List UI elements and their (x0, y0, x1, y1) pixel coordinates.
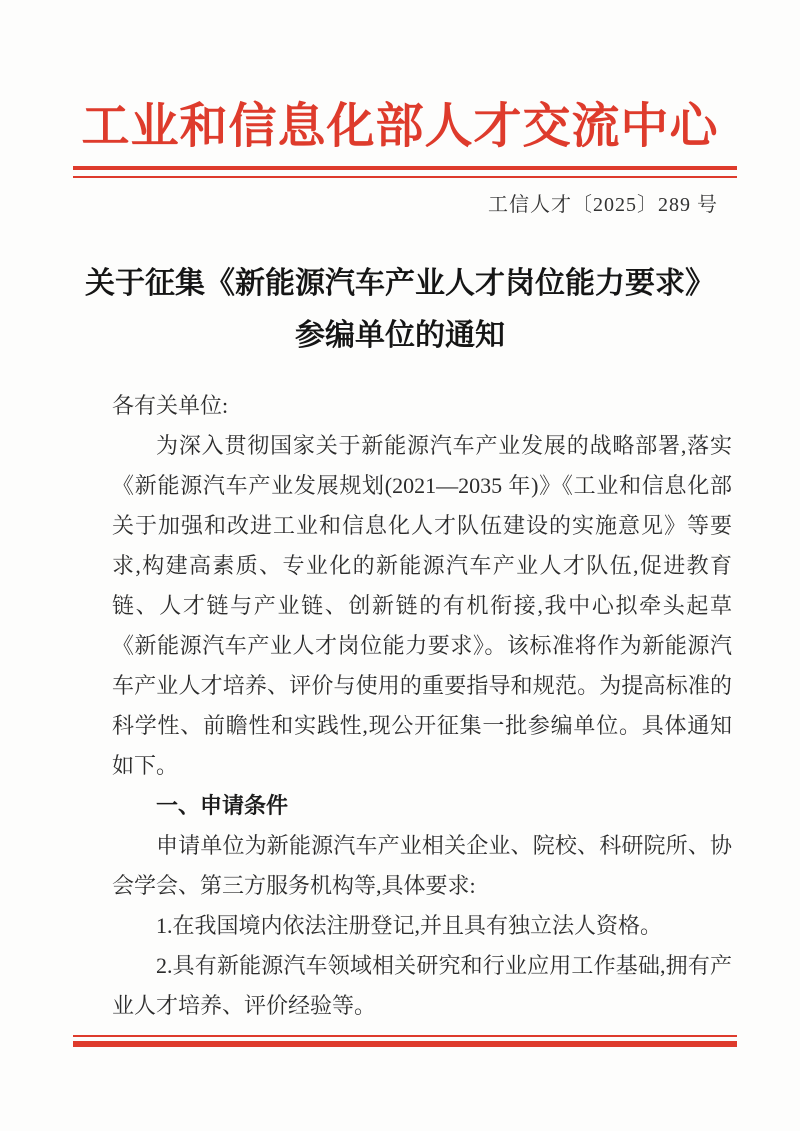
footer-rule-thick (73, 1041, 737, 1047)
document-number: 工信人才〔2025〕289 号 (488, 193, 718, 217)
footer-rule-thin (73, 1035, 737, 1037)
document-page: 工业和信息化部人才交流中心 工信人才〔2025〕289 号 关于征集《新能源汽车… (0, 0, 800, 1131)
document-title-line2: 参编单位的通知 (0, 310, 800, 362)
requirement-item-2: 2.具有新能源汽车领域相关研究和行业应用工作基础,拥有产业人才培养、评价经验等。 (112, 946, 732, 1026)
document-title-line1: 关于征集《新能源汽车产业人才岗位能力要求》 (0, 258, 800, 310)
document-header-org-name: 工业和信息化部人才交流中心 (0, 97, 800, 157)
intro-paragraph: 为深入贯彻国家关于新能源汽车产业发展的战略部署,落实《新能源汽车产业发展规划(2… (112, 426, 732, 786)
section-1-heading: 一、申请条件 (112, 786, 732, 826)
document-title: 关于征集《新能源汽车产业人才岗位能力要求》 参编单位的通知 (0, 258, 800, 362)
document-body: 各有关单位: 为深入贯彻国家关于新能源汽车产业发展的战略部署,落实《新能源汽车产… (112, 386, 732, 1026)
header-rule-thin (73, 176, 737, 178)
requirement-item-1: 1.在我国境内依法注册登记,并且具有独立法人资格。 (112, 906, 732, 946)
section-1-intro-paragraph: 申请单位为新能源汽车产业相关企业、院校、科研院所、协会学会、第三方服务机构等,具… (112, 826, 732, 906)
salutation: 各有关单位: (112, 386, 732, 426)
header-rule-thick (73, 166, 737, 170)
